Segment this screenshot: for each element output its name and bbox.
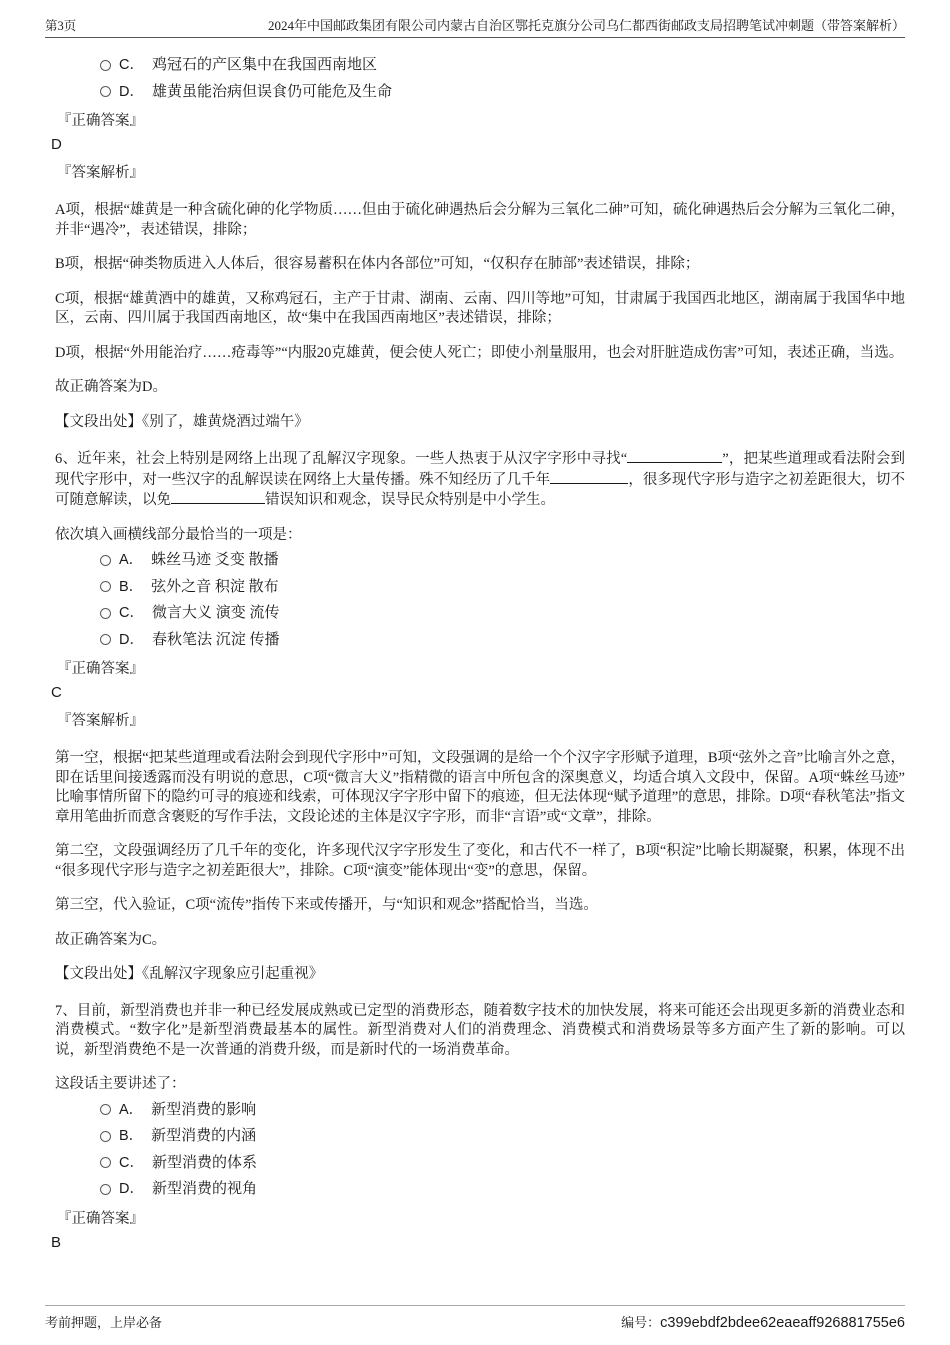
q7-option-a: A． 新型消费的影响 (100, 1095, 905, 1122)
q6-analysis-paragraph: 第二空，文段强调经历了几千年的变化，许多现代汉字字形发生了变化，和古代不一样了，… (55, 842, 905, 881)
q5-analysis-paragraph: C项，根据“雄黄酒中的雄黄，又称鸡冠石，主产于甘肃、湖南、云南、四川等地”可知，… (55, 290, 905, 329)
q6-source: 【文段出处】《乱解汉字现象应引起重视》 (55, 965, 905, 985)
footer-code-value: c399ebdf2bdee62eaeaff926881755e6 (660, 1315, 905, 1331)
document-title: 2024年中国邮政集团有限公司内蒙古自治区鄂托克旗分公司乌仁都西街邮政支局招聘笔… (268, 19, 905, 33)
blank-underline (550, 470, 628, 484)
option-text: 弦外之音 积淀 散布 (151, 575, 279, 596)
q6-conclusion: 故正确答案为C。 (55, 931, 905, 951)
option-text: 蛛丝马迹 爻变 散播 (151, 548, 279, 569)
q5-answer-value: D (51, 134, 905, 155)
radio-button-icon[interactable] (100, 86, 111, 97)
page-number: 第3页 (45, 20, 76, 34)
q6-stem-part: 6、近年来，社会上特别是网络上出现了乱解汉字现象。一些人热衷于从汉字字形中寻找“ (55, 451, 627, 467)
q6-stem: 6、近年来，社会上特别是网络上出现了乱解汉字现象。一些人热衷于从汉字字形中寻找“… (55, 449, 905, 511)
option-letter: D． (119, 80, 144, 101)
radio-button-icon[interactable] (100, 1184, 111, 1195)
q7-stem: 7、目前，新型消费也并非一种已经发展成熟或已定型的消费形态，随着数字技术的加快发… (55, 1002, 905, 1061)
option-text: 鸡冠石的产区集中在我国西南地区 (152, 53, 377, 74)
q7-prompt: 这段话主要讲述了： (55, 1075, 905, 1095)
q5-source: 【文段出处】《别了，雄黄烧酒过端午》 (55, 413, 905, 433)
option-letter: C． (119, 53, 144, 74)
q6-option-b: B． 弦外之音 积淀 散布 (100, 572, 905, 599)
q6-stem-part: 错误知识和观念，误导民众特别是中小学生。 (265, 492, 555, 508)
q6-analysis-paragraph: 第一空，根据“把某些道理或看法附会到现代字形中”可知，文段强调的是给一个个汉字字… (55, 749, 905, 827)
radio-button-icon[interactable] (100, 555, 111, 566)
q7-answer-value: B (51, 1232, 905, 1253)
radio-button-icon[interactable] (100, 1104, 111, 1115)
option-letter: D． (119, 628, 144, 649)
q5-analysis-label: 『答案解析』 (57, 163, 905, 184)
document-page: 第3页 2024年中国邮政集团有限公司内蒙古自治区鄂托克旗分公司乌仁都西街邮政支… (0, 0, 950, 1345)
option-letter: B． (119, 1124, 143, 1145)
option-text: 春秋笔法 沉淀 传播 (152, 628, 280, 649)
q7-option-d: D． 新型消费的视角 (100, 1174, 905, 1201)
blank-underline (627, 449, 722, 463)
q7-correct-answer-label: 『正确答案』 (57, 1209, 905, 1230)
option-text: 雄黄虽能治病但误食仍可能危及生命 (152, 80, 392, 101)
q6-option-c: C． 微言大义 演变 流传 (100, 598, 905, 625)
option-letter: D． (119, 1177, 144, 1198)
q6-prompt: 依次填入画横线部分最恰当的一项是： (55, 526, 905, 546)
option-letter: A． (119, 548, 143, 569)
option-text: 微言大义 演变 流传 (152, 601, 280, 622)
q7-option-b: B． 新型消费的内涵 (100, 1121, 905, 1148)
option-text: 新型消费的影响 (151, 1098, 256, 1119)
footer-code: 编号：c399ebdf2bdee62eaeaff926881755e6 (621, 1312, 905, 1331)
q5-conclusion: 故正确答案为D。 (55, 378, 905, 398)
option-letter: C． (119, 601, 144, 622)
blank-underline (171, 490, 265, 504)
q6-correct-answer-label: 『正确答案』 (57, 659, 905, 680)
q6-answer-value: C (51, 682, 905, 703)
q6-analysis-label: 『答案解析』 (57, 711, 905, 732)
q6-option-a: A． 蛛丝马迹 爻变 散播 (100, 545, 905, 572)
q5-analysis-paragraph: A项，根据“雄黄是一种含硫化砷的化学物质……但由于硫化砷遇热后会分解为三氧化二砷… (55, 201, 905, 240)
option-text: 新型消费的视角 (152, 1177, 257, 1198)
radio-button-icon[interactable] (100, 60, 111, 71)
radio-button-icon[interactable] (100, 1157, 111, 1168)
footer-code-label: 编号： (621, 1315, 660, 1330)
radio-button-icon[interactable] (100, 581, 111, 592)
q5-option-d: D． 雄黄虽能治病但误食仍可能危及生命 (100, 77, 905, 104)
q5-correct-answer-label: 『正确答案』 (57, 111, 905, 132)
option-text: 新型消费的体系 (152, 1151, 257, 1172)
option-letter: C． (119, 1151, 144, 1172)
option-letter: A． (119, 1098, 143, 1119)
radio-button-icon[interactable] (100, 634, 111, 645)
radio-button-icon[interactable] (100, 608, 111, 619)
q7-option-c: C． 新型消费的体系 (100, 1148, 905, 1175)
document-body: C． 鸡冠石的产区集中在我国西南地区 D． 雄黄虽能治病但误食仍可能危及生命 『… (45, 50, 905, 1253)
radio-button-icon[interactable] (100, 1131, 111, 1142)
option-letter: B． (119, 575, 143, 596)
footer-slogan: 考前押题，上岸必备 (45, 1312, 162, 1331)
q5-analysis-paragraph: B项，根据“砷类物质进入人体后，很容易蓄积在体内各部位”可知，“仅积存在肺部”表… (55, 255, 905, 275)
option-text: 新型消费的内涵 (151, 1124, 256, 1145)
q5-analysis-paragraph: D项，根据“外用能治疗……疮毒等”“内服20克雄黄，便会使人死亡；即使小剂量服用… (55, 344, 905, 364)
page-header: 第3页 2024年中国邮政集团有限公司内蒙古自治区鄂托克旗分公司乌仁都西街邮政支… (45, 0, 905, 38)
q6-option-d: D． 春秋笔法 沉淀 传播 (100, 625, 905, 652)
q5-option-c: C． 鸡冠石的产区集中在我国西南地区 (100, 50, 905, 77)
page-footer: 考前押题，上岸必备 编号：c399ebdf2bdee62eaeaff926881… (45, 1305, 905, 1331)
q6-analysis-paragraph: 第三空，代入验证，C项“流传”指传下来或传播开，与“知识和观念”搭配恰当，当选。 (55, 896, 905, 916)
